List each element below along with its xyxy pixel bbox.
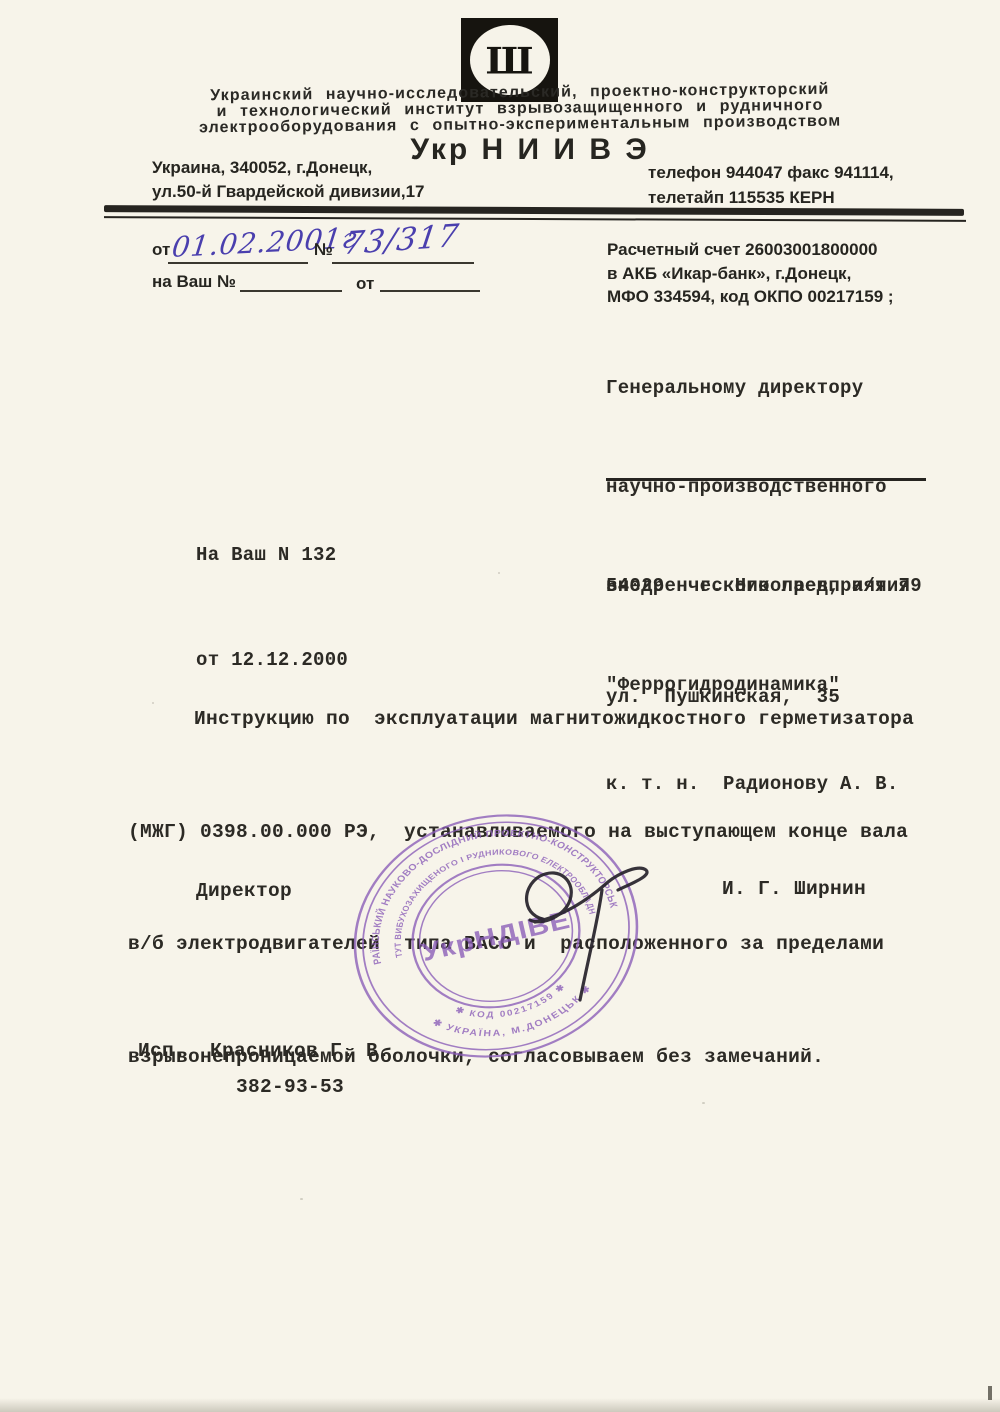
contact-teletype-line: телетайп 115535 КЕРН <box>648 185 894 210</box>
handwritten-number: 73/317 <box>342 218 462 262</box>
recipient-address-line: 54029 г. Николаев, а/я 79 <box>606 568 922 605</box>
ref-from-label: от <box>152 240 170 260</box>
sender-address-line: ул.50-й Гвардейской дивизии,17 <box>152 180 424 204</box>
scan-speck <box>300 1198 303 1200</box>
bank-details: Расчетный счет 26003001800000 в АКБ «Ика… <box>607 238 894 309</box>
your-from-label: от <box>356 274 374 294</box>
sender-address: Украина, 340052, г.Донецк, ул.50-й Гвард… <box>152 156 424 204</box>
signature-scribble <box>480 850 670 1010</box>
date-underline <box>168 262 308 264</box>
address-rule <box>606 478 926 481</box>
contact-block: телефон 944047 факс 941114, телетайп 115… <box>648 160 894 210</box>
contact-phone-line: телефон 944047 факс 941114, <box>648 160 894 185</box>
executor-phone: 382-93-53 <box>236 1076 344 1098</box>
bank-details-line: в АКБ «Икар-банк», г.Донецк, <box>607 262 894 286</box>
signatory-name: И. Г. Ширнин <box>722 878 866 900</box>
ref-number-label: № <box>314 240 333 260</box>
institute-name: Украинский научно-исследовательский, про… <box>170 81 870 136</box>
bottom-scan-smudge <box>0 1398 1000 1412</box>
header-rule-thin <box>104 216 966 222</box>
your-number-underline <box>240 290 342 292</box>
sender-address-line: Украина, 340052, г.Донецк, <box>152 156 424 180</box>
signature-title: Директор <box>196 880 292 902</box>
scan-speck <box>498 572 500 574</box>
your-from-underline <box>380 290 480 292</box>
scanned-letter-page: Ш Украинский научно-исследовательский, п… <box>0 0 1000 1412</box>
your-number-label: на Ваш № <box>152 272 236 292</box>
bank-details-line: Расчетный счет 26003001800000 <box>607 238 894 262</box>
scan-speck <box>872 242 875 245</box>
body-line: Инструкцию по эксплуатации магнитожидкос… <box>128 701 938 739</box>
scan-speck <box>702 1102 705 1104</box>
institute-acronym: Укр Н И И В Э <box>380 133 680 167</box>
executor-name: Исп. Красников Г. В. <box>138 1040 390 1062</box>
addressee-line: Генеральному директору <box>606 372 910 405</box>
bottom-edge-mark <box>988 1386 992 1400</box>
scan-speck <box>152 702 154 704</box>
number-underline <box>332 262 474 264</box>
reference-number-line: На Ваш N 132 <box>196 538 348 573</box>
logo-sh-glyph: Ш <box>485 39 533 82</box>
bank-details-line: МФО 334594, код ОКПО 00217159 ; <box>607 285 894 309</box>
